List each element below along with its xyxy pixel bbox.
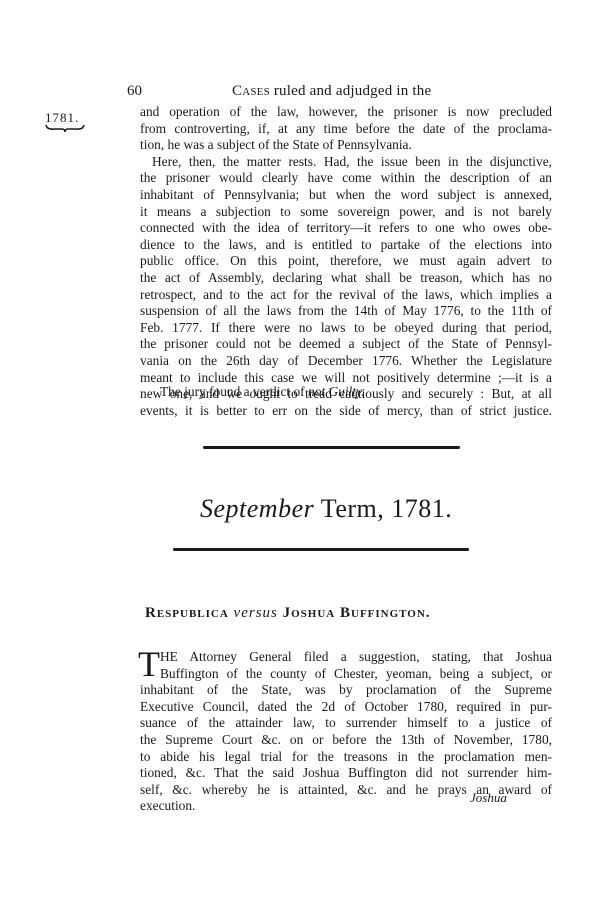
text-line: connected with the idea of territory—it … xyxy=(140,220,552,237)
text-line: events, it is better to err on the side … xyxy=(140,403,552,420)
text-line: from controverting, if, at any time befo… xyxy=(140,121,552,138)
verdict-line: The jury found a verdict of not Guilty. xyxy=(160,384,365,400)
text-line: the prisoner could not be deemed a subje… xyxy=(140,336,552,353)
text-line: tion, he was a subject of the State of P… xyxy=(140,137,552,154)
term-rest: Term, 1781. xyxy=(314,494,452,523)
case-title: Respublica versus Joshua Buffington. xyxy=(145,605,431,622)
text-line: the prisoner would clearly have come wit… xyxy=(140,170,552,187)
page-number: 60 xyxy=(127,83,142,100)
running-head-rest: ruled and adjudged in the xyxy=(270,83,431,99)
text-line: retrospect, and to the act for the reviv… xyxy=(140,287,552,304)
running-head: Cases ruled and adjudged in the xyxy=(232,83,431,100)
text-line: the Supreme Court &c. on or before the 1… xyxy=(140,732,552,749)
running-head-cases: Cases xyxy=(232,83,270,99)
case-plaintiff: Respublica xyxy=(145,605,229,621)
text-line: Executive Council, dated the 2d of Octob… xyxy=(140,699,552,716)
text-line: inhabitant of Pennsylvania; but when the… xyxy=(140,187,552,204)
first-section-text: and operation of the law, however, the p… xyxy=(140,104,552,419)
case-versus: versus xyxy=(234,605,278,621)
catchword: Joshua xyxy=(470,790,507,806)
text-line: inhabitant of the State, was by proclama… xyxy=(140,682,552,699)
text-line: dience to the laws, and is entitled to p… xyxy=(140,237,552,254)
text-line: Buffington of the county of Chester, yeo… xyxy=(140,666,552,683)
text-line: it means a subjection to some sovereign … xyxy=(140,204,552,221)
text-line: Feb. 1777. If there were no laws to be o… xyxy=(140,320,552,337)
verdict-italic: not Guilty. xyxy=(308,384,365,399)
text-line: HE Attorney General filed a suggestion, … xyxy=(140,649,552,666)
verdict-text: The jury found a verdict of xyxy=(160,384,308,399)
term-heading: September Term, 1781. xyxy=(200,494,452,524)
text-line: vania on the 26th day of December 1776. … xyxy=(140,353,552,370)
text-line: tioned, &c. That the said Joshua Buffing… xyxy=(140,765,552,782)
text-line: the act of Assembly, declaring what shal… xyxy=(140,270,552,287)
text-line: suance of the attainder law, to surrende… xyxy=(140,715,552,732)
text-line: public office. On this point, therefore,… xyxy=(140,253,552,270)
text-line: Here, then, the matter rests. Had, the i… xyxy=(140,154,552,171)
ornamental-rule-bottom xyxy=(173,548,469,551)
term-month: September xyxy=(200,494,314,523)
text-line: suspension of all the laws from the 14th… xyxy=(140,303,552,320)
text-line: and operation of the law, however, the p… xyxy=(140,104,552,121)
case-defendant: Joshua Buffington. xyxy=(283,605,431,621)
brace-icon xyxy=(45,124,85,132)
text-line: to abide his legal trial for the treason… xyxy=(140,749,552,766)
ornamental-rule-top xyxy=(203,446,460,449)
